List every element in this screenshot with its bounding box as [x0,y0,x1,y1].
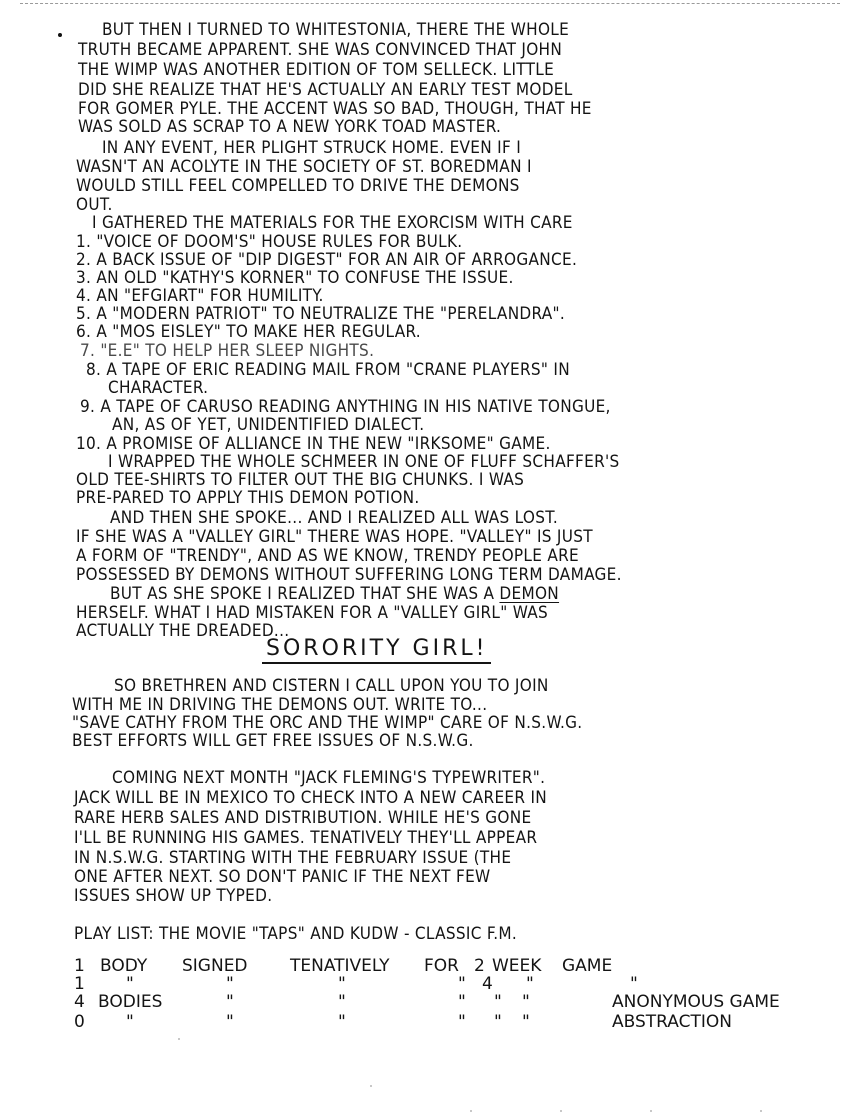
week-cell: WEEK [492,956,541,976]
text-line: POSSESSED BY DEMONS WITHOUT SUFFERING LO… [76,565,622,585]
game-cell: GAME [562,956,612,976]
underlined-word: DEMON [499,584,559,604]
text-line: FOR GOMER PYLE. THE ACCENT WAS SO BAD, T… [78,99,592,119]
who-cell: BODIES [98,992,162,1012]
weeks-cell: 2 [474,956,485,976]
play-list-row: 0 " " " " " " ABSTRACTION [74,1012,854,1032]
tentatively-cell: " [338,1012,346,1032]
count-cell: 1 [74,956,85,976]
text-line: WAS SOLD AS SCRAP TO A NEW YORK TOAD MAS… [78,117,501,137]
signed-cell: " [226,992,234,1012]
scan-speck [760,1110,762,1112]
text-line: IN ANY EVENT, HER PLIGHT STRUCK HOME. EV… [102,138,521,158]
text-line: COMING NEXT MONTH "JACK FLEMING'S TYPEWR… [112,768,545,788]
list-item: 9. A TAPE OF CARUSO READING ANYTHING IN … [80,397,611,417]
text-line: WITH ME IN DRIVING THE DEMONS OUT. WRITE… [72,695,487,715]
count-cell: 4 [74,992,85,1012]
note-cell: ABSTRACTION [612,1012,732,1032]
text-line: THE WIMP WAS ANOTHER EDITION OF TOM SELL… [78,60,554,80]
weeks-cell: " [494,992,502,1012]
heading-sorority-girl: SORORITY GIRL! [262,636,491,664]
week-cell: " [526,974,534,994]
text-line: IF SHE WAS A "VALLEY GIRL" THERE WAS HOP… [76,527,593,547]
signed-cell: SIGNED [182,956,248,976]
list-item: 1. "VOICE OF DOOM'S" HOUSE RULES FOR BUL… [76,232,462,252]
text-line: SO BRETHREN AND CISTERN I CALL UPON YOU … [114,676,549,696]
scan-speck [470,1110,472,1112]
for-cell: FOR [424,956,459,976]
list-item-continuation: CHARACTER. [108,378,208,398]
list-item: 7. "E.E" TO HELP HER SLEEP NIGHTS. [80,341,374,361]
play-list-title: PLAY LIST: THE MOVIE "TAPS" AND KUDW - C… [74,924,517,944]
list-item: 10. A PROMISE OF ALLIANCE IN THE NEW "IR… [76,434,551,454]
week-cell: " [522,1012,530,1032]
week-cell: " [522,992,530,1012]
scan-speck [560,1110,562,1112]
game-cell: " [630,974,638,994]
play-list-row: 1 " " " " 4 " " [74,974,854,994]
tentatively-cell: " [338,992,346,1012]
text-span: BUT AS SHE SPOKE I REALIZED THAT SHE WAS… [110,584,499,604]
for-cell: " [458,992,466,1012]
text-line: BUT THEN I TURNED TO WHITESTONIA, THERE … [102,20,569,40]
tentatively-cell: " [338,974,346,994]
text-line: OUT. [76,195,113,215]
list-item: 2. A BACK ISSUE OF "DIP DIGEST" FOR AN A… [76,250,577,270]
text-line: ACTUALLY THE DREADED... [76,621,289,641]
text-line: PRE-PARED TO APPLY THIS DEMON POTION. [76,488,420,508]
list-item: 5. A "MODERN PATRIOT" TO NEUTRALIZE THE … [76,304,565,324]
scan-speck [178,1038,180,1040]
scan-speck [650,1110,652,1112]
play-list-row: 4 BODIES " " " " " ANONYMOUS GAME [74,992,854,1012]
list-item: 8. A TAPE OF ERIC READING MAIL FROM "CRA… [86,360,570,380]
list-item: 6. A "MOS EISLEY" TO MAKE HER REGULAR. [76,322,421,342]
text-line: TRUTH BECAME APPARENT. SHE WAS CONVINCED… [78,40,562,60]
for-cell: " [458,974,466,994]
text-line: I WRAPPED THE WHOLE SCHMEER IN ONE OF FL… [108,452,620,472]
text-line: BUT AS SHE SPOKE I REALIZED THAT SHE WAS… [110,584,559,604]
play-list-row: 1 BODY SIGNED TENATIVELY FOR 2 WEEK GAME [74,956,854,976]
text-line: ONE AFTER NEXT. SO DON'T PANIC IF THE NE… [74,867,490,887]
for-cell: " [458,1012,466,1032]
text-line: IN N.S.W.G. STARTING WITH THE FEBRUARY I… [74,848,511,868]
text-line: WOULD STILL FEEL COMPELLED TO DRIVE THE … [76,176,520,196]
list-item: 4. AN "EFGIART" FOR HUMILITY. [76,286,324,306]
signed-cell: " [226,1012,234,1032]
count-cell: 0 [74,1012,85,1032]
scanned-page: BUT THEN I TURNED TO WHITESTONIA, THERE … [0,0,864,1116]
text-line: ISSUES SHOW UP TYPED. [74,886,272,906]
text-line: AND THEN SHE SPOKE... AND I REALIZED ALL… [110,508,558,528]
scan-edge-rule [20,3,840,4]
materials-intro: I GATHERED THE MATERIALS FOR THE EXORCIS… [92,213,573,233]
text-line: RARE HERB SALES AND DISTRIBUTION. WHILE … [74,808,531,828]
text-line: "SAVE CATHY FROM THE ORC AND THE WIMP" C… [72,713,582,733]
text-line: DID SHE REALIZE THAT HE'S ACTUALLY AN EA… [78,80,573,100]
text-line: OLD TEE-SHIRTS TO FILTER OUT THE BIG CHU… [76,470,524,490]
text-line: BEST EFFORTS WILL GET FREE ISSUES OF N.S… [72,731,474,751]
count-cell: 1 [74,974,85,994]
list-item: 3. AN OLD "KATHY'S KORNER" TO CONFUSE TH… [76,268,514,288]
list-item-continuation: AN, AS OF YET, UNIDENTIFIED DIALECT. [112,415,424,435]
weeks-cell: 4 [482,974,493,994]
bullet-dot [58,33,62,37]
note-cell: ANONYMOUS GAME [612,992,780,1012]
who-cell: " [126,974,134,994]
weeks-cell: " [494,1012,502,1032]
text-line: WASN'T AN ACOLYTE IN THE SOCIETY OF ST. … [76,157,532,177]
who-cell: " [126,1012,134,1032]
scan-speck [370,1085,372,1087]
text-line: HERSELF. WHAT I HAD MISTAKEN FOR A "VALL… [76,603,548,623]
who-cell: BODY [100,956,147,976]
text-line: A FORM OF "TRENDY", AND AS WE KNOW, TREN… [76,546,579,566]
text-line: JACK WILL BE IN MEXICO TO CHECK INTO A N… [74,788,547,808]
signed-cell: " [226,974,234,994]
text-line: I'LL BE RUNNING HIS GAMES. TENATIVELY TH… [74,828,537,848]
tentatively-cell: TENATIVELY [290,956,390,976]
